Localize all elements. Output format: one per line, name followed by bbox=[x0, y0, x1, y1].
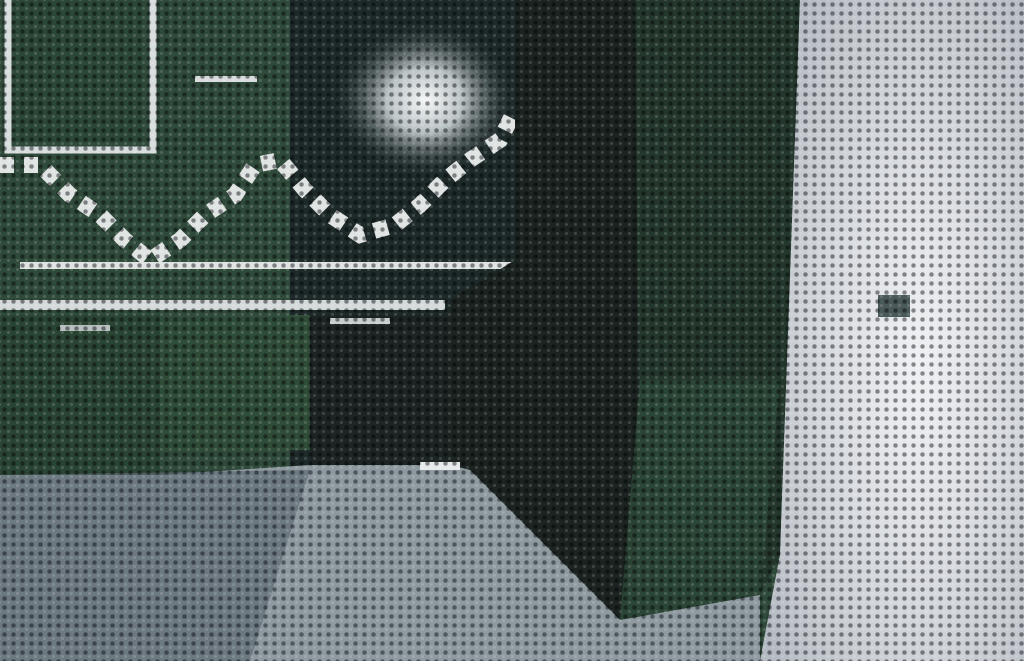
cabinet-center bbox=[160, 315, 310, 450]
floor-highlight bbox=[420, 462, 460, 470]
cabinet-dark bbox=[310, 315, 450, 465]
shelf-rail-upper bbox=[20, 262, 515, 269]
cabinet-handle-left bbox=[60, 325, 110, 331]
wall-bar bbox=[195, 76, 257, 82]
cabinet-handle-right bbox=[330, 318, 390, 324]
column-side-lower bbox=[620, 380, 780, 620]
room-photo bbox=[0, 0, 1024, 661]
wall-fixture bbox=[878, 295, 910, 317]
frame-inner bbox=[15, 0, 145, 143]
shelf-rail-lower bbox=[0, 300, 445, 310]
cabinet-left bbox=[0, 315, 160, 475]
lamp-glow bbox=[330, 20, 520, 180]
white-wall-shade bbox=[760, 0, 1024, 661]
photo-scene bbox=[0, 0, 1024, 661]
